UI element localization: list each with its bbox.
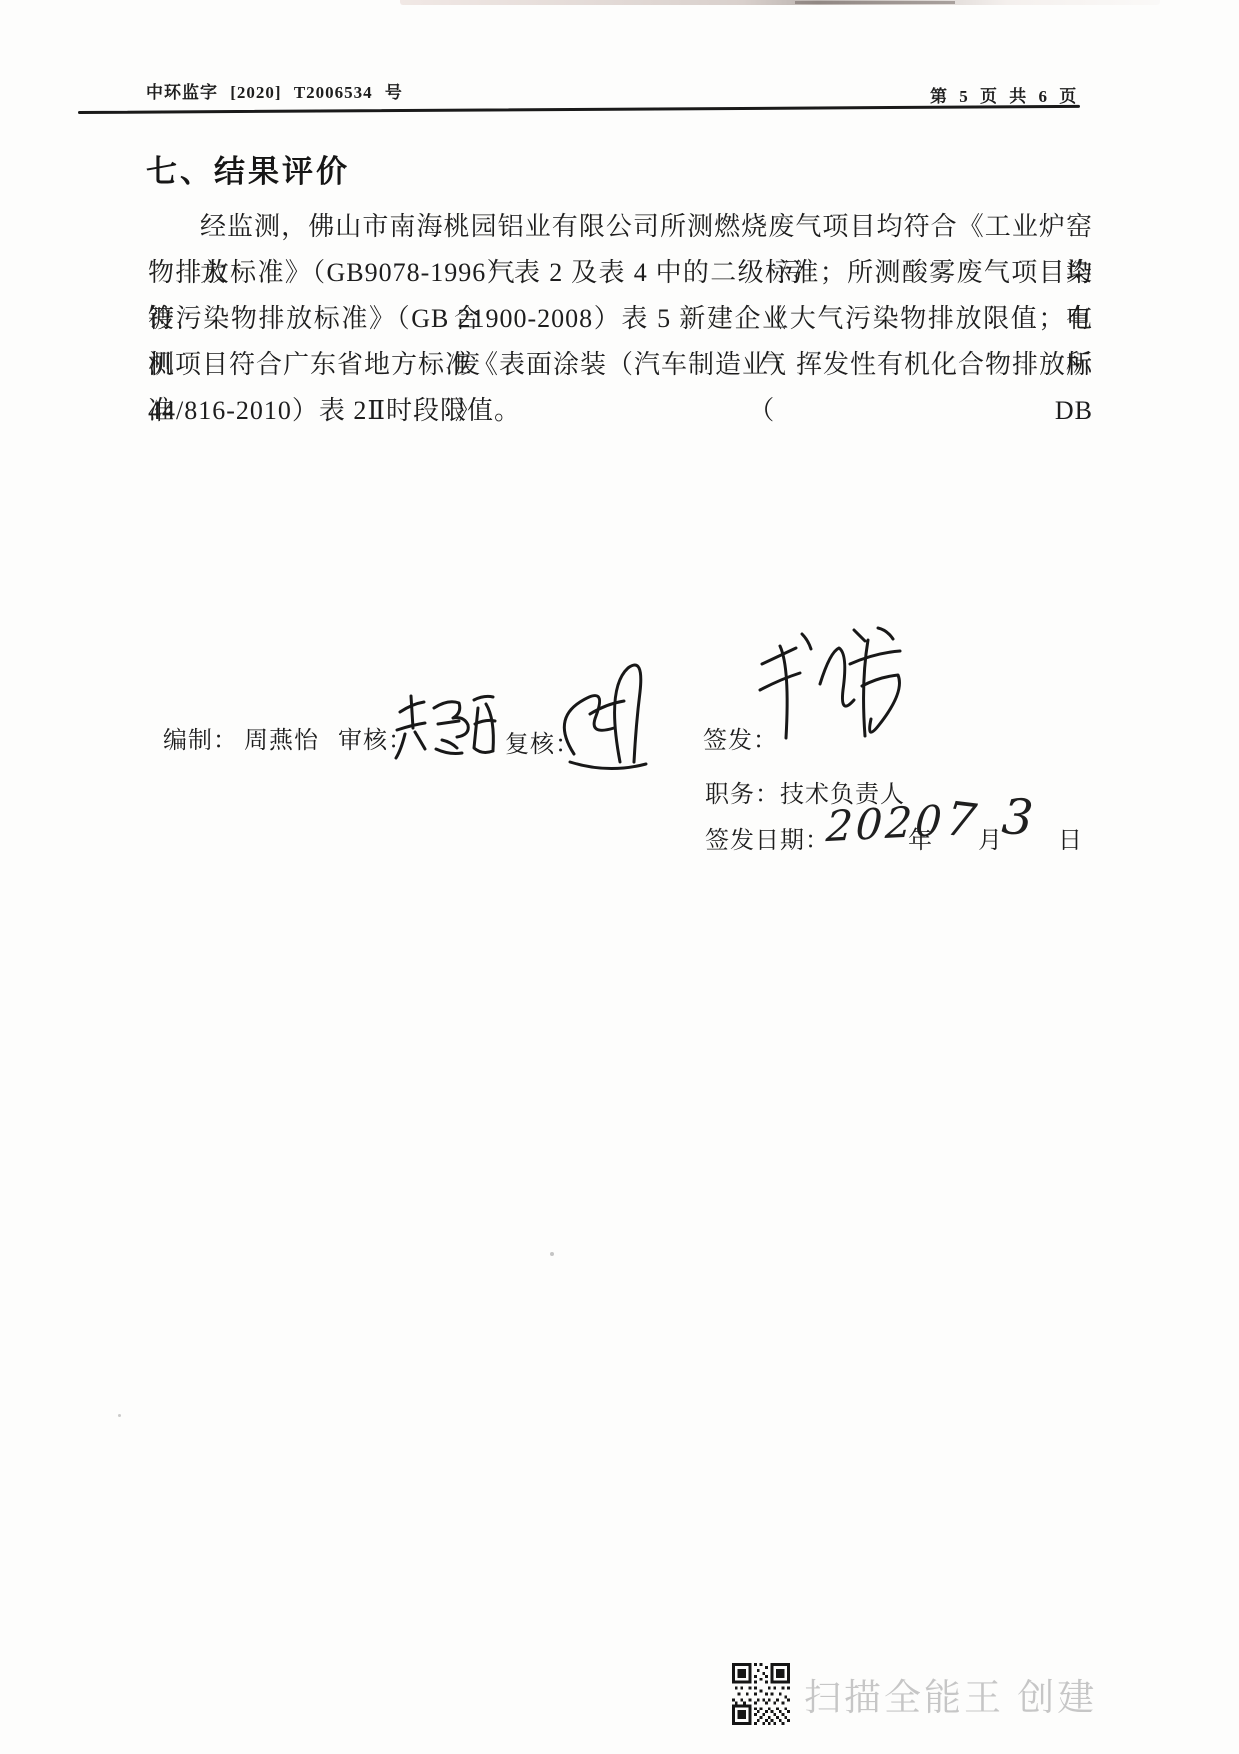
issue-month-handwritten: 7 <box>943 791 979 849</box>
issue-date-label: 签发日期： <box>705 820 830 855</box>
year-unit: 年 <box>908 820 933 855</box>
issue-day-handwritten: 3 <box>1000 788 1035 847</box>
camscanner-watermark: 扫描全能王 创建 <box>732 1663 1097 1725</box>
doc-number: 中环监字 [2020] T2006534 号 <box>146 78 403 103</box>
header-rule <box>78 105 1080 114</box>
prepared-label: 编制： <box>163 728 238 754</box>
qr-code-icon <box>732 1663 790 1725</box>
job-title-label: 职务： <box>705 782 780 808</box>
ink-speck <box>118 1414 121 1417</box>
paragraph-line: 44/816-2010）表 2Ⅱ时段限值。 <box>148 388 1093 434</box>
day-unit: 日 <box>1058 820 1083 855</box>
document-page: 中环监字 [2020] T2006534 号 第 5 页 共 6 页 七、结果评… <box>0 0 1239 1754</box>
month-unit: 月 <box>978 820 1003 855</box>
reviewer-signature <box>390 686 508 770</box>
section-title: 七、结果评价 <box>146 146 350 191</box>
watermark-text: 扫描全能王 创建 <box>804 1667 1097 1721</box>
page-indicator: 第 5 页 共 6 页 <box>930 82 1078 107</box>
scan-artifact-top-dark <box>795 1 955 4</box>
scan-artifact-top <box>400 0 1160 5</box>
issuer-signature <box>748 620 916 766</box>
ink-speck <box>550 1252 554 1256</box>
prepared-name: 周燕怡 <box>244 728 319 754</box>
prepared-by: 编制：周燕怡 <box>163 720 319 755</box>
rechecker-signature <box>548 656 690 780</box>
